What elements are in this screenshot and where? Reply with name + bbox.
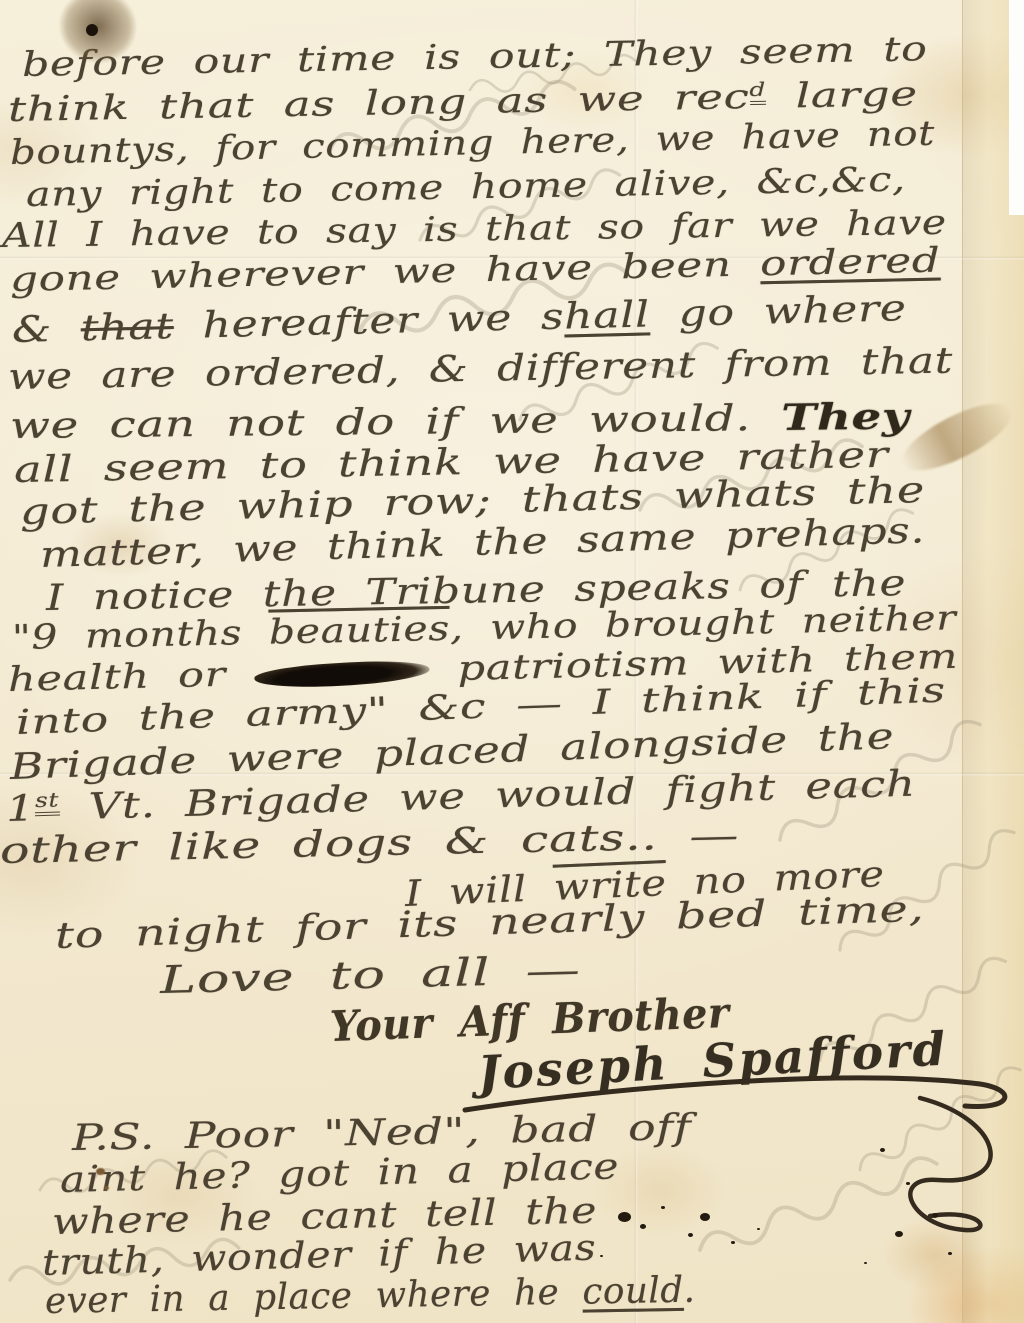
line-segment: [253, 657, 430, 692]
ink-blot: [86, 24, 98, 36]
line-segment: &: [11, 308, 81, 351]
line-segment: large: [766, 74, 918, 117]
line-segment: hall: [564, 294, 651, 337]
line-segment: ordered: [760, 241, 941, 285]
line-segment: beauties: [269, 609, 451, 653]
line-segment: They: [781, 396, 910, 439]
ink-splatter-dot: [104, 1186, 109, 1190]
line-segment: st: [35, 789, 60, 817]
ink-splatter-dot: [932, 1213, 938, 1218]
line-segment: health or: [8, 654, 255, 700]
ink-splatter-dot: [640, 1224, 646, 1229]
letter-line: & that hereafter we shall go where: [11, 288, 906, 351]
letter-line: we are ordered, & different from that: [8, 341, 954, 398]
scanned-letter-page: { "document": { "type": "handwritten let…: [0, 0, 1024, 1323]
line-segment: we are ordered, & different from that: [8, 341, 954, 398]
line-segment: could: [582, 1270, 684, 1313]
line-segment: "9 months: [12, 613, 270, 658]
letter-line: Love to all —: [159, 948, 581, 1002]
line-segment: ever in a place where he: [45, 1272, 583, 1322]
handwriting-layer: before our time is out; They seem tothin…: [0, 0, 1024, 1323]
line-segment: .: [683, 1270, 696, 1311]
line-segment: go where: [649, 288, 907, 335]
ink-splatter-dot: [700, 1213, 710, 1221]
ink-splatter-dot: [688, 1233, 693, 1237]
line-segment: hereafter we s: [173, 297, 564, 348]
line-segment: that: [80, 306, 174, 349]
line-segment: 1: [5, 788, 35, 830]
ink-splatter-dot: [880, 1148, 885, 1152]
line-segment: d: [749, 79, 766, 104]
line-segment: Love to all —: [159, 948, 581, 1002]
